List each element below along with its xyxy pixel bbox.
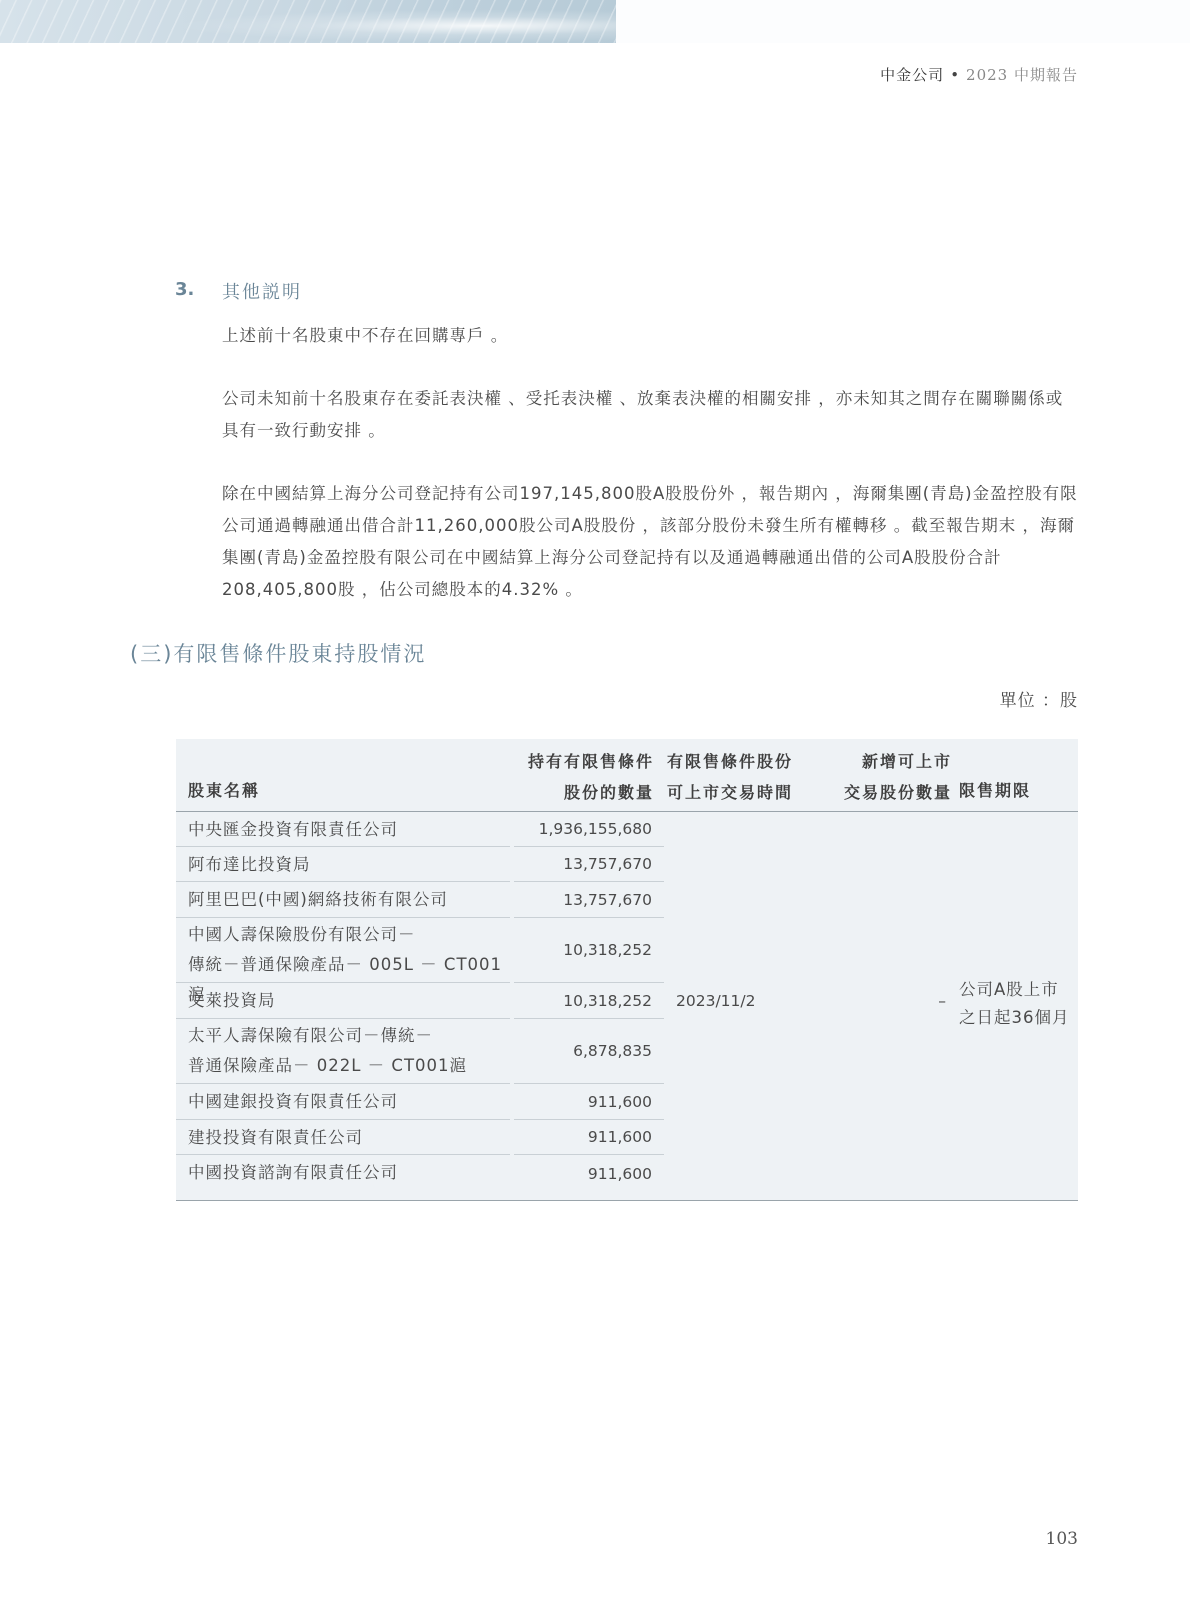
restricted-shareholders-table: 股東名稱 持有有限售條件 股份的數量 有限售條件股份 可上市交易時間 新增可上市… xyxy=(176,739,1078,1201)
shareholder-name: 建投投資有限責任公司 xyxy=(176,1120,510,1155)
restricted-quantity: 911,600 xyxy=(514,1155,664,1193)
company-name: 中金公司 xyxy=(880,66,944,84)
paragraph-voting-rights: 公司未知前十名股東存在委託表決權 、受托表決權 、放棄表決權的相關安排 ，亦未知… xyxy=(222,383,1078,447)
shareholder-name-line1: 中國人壽保險股份有限公司－ xyxy=(188,920,510,950)
shareholder-name: 中國建銀投資有限責任公司 xyxy=(176,1084,510,1120)
table-header: 股東名稱 持有有限售條件 股份的數量 有限售條件股份 可上市交易時間 新增可上市… xyxy=(176,739,1078,812)
restricted-quantity: 13,757,670 xyxy=(514,882,664,918)
table-row: 中國人壽保險股份有限公司－ 傳統－普通保險產品－ 005L － CT001滬 1… xyxy=(176,918,664,983)
running-header: 中金公司•2023 中期報告 xyxy=(880,64,1078,85)
header-tradable-date: 有限售條件股份 可上市交易時間 xyxy=(667,746,793,808)
subsection-title: (三)有限售條件股東持股情況 xyxy=(130,638,426,668)
table-row: 阿里巴巴(中國)網絡技術有限公司 13,757,670 xyxy=(176,882,664,918)
report-title: 2023 中期報告 xyxy=(966,66,1078,84)
separator-dot: • xyxy=(950,66,960,84)
table-row: 建投投資有限責任公司 911,600 xyxy=(176,1120,664,1155)
unit-label: 單位 ：股 xyxy=(1000,686,1078,711)
restricted-quantity: 1,936,155,680 xyxy=(514,812,664,847)
table-row: 文萊投資局 10,318,252 xyxy=(176,983,664,1019)
lockup-period-line2: 之日起36個月 xyxy=(959,1004,1074,1032)
section-title: 其他説明 xyxy=(222,278,302,304)
header-date-line1: 有限售條件股份 xyxy=(667,746,793,777)
restricted-quantity: 911,600 xyxy=(514,1084,664,1120)
lockup-period: 公司A股上市 之日起36個月 xyxy=(959,976,1074,1032)
table-row: 太平人壽保險有限公司－傳統－ 普通保險產品－ 022L － CT001滬 6,8… xyxy=(176,1019,664,1084)
header-new-line1: 新增可上市 xyxy=(826,746,952,777)
table-row: 中國投資諮詢有限責任公司 911,600 xyxy=(176,1155,664,1200)
new-tradable-qty: – xyxy=(926,992,946,1010)
header-qty-line2: 股份的數量 xyxy=(528,777,654,808)
restricted-quantity: 13,757,670 xyxy=(514,847,664,882)
paragraph-buyback: 上述前十名股東中不存在回購專戶 。 xyxy=(222,320,1078,352)
table-row: 阿布達比投資局 13,757,670 xyxy=(176,847,664,882)
page-number: 103 xyxy=(1046,1529,1078,1549)
shareholder-name: 文萊投資局 xyxy=(176,983,510,1019)
header-banner-image xyxy=(0,0,616,43)
shareholder-name: 中國投資諮詢有限責任公司 xyxy=(176,1155,510,1200)
header-restricted-quantity: 持有有限售條件 股份的數量 xyxy=(528,746,654,808)
shareholder-name: 太平人壽保險有限公司－傳統－ 普通保險產品－ 022L － CT001滬 xyxy=(176,1019,510,1084)
header-date-line2: 可上市交易時間 xyxy=(667,777,793,808)
table-row: 中央匯金投資有限責任公司 1,936,155,680 xyxy=(176,812,664,847)
shareholder-name: 中央匯金投資有限責任公司 xyxy=(176,812,510,847)
section-number: 3. xyxy=(175,279,194,300)
header-qty-line1: 持有有限售條件 xyxy=(528,746,654,777)
header-lockup-period: 限售期限 xyxy=(959,775,1031,806)
shareholder-name-line1: 太平人壽保險有限公司－傳統－ xyxy=(188,1021,510,1051)
restricted-quantity: 6,878,835 xyxy=(514,1019,664,1084)
paragraph-haier-holdings: 除在中國結算上海分公司登記持有公司197,145,800股A股股份外 ，報告期內… xyxy=(222,478,1078,606)
tradable-date: 2023/11/2 xyxy=(676,992,755,1010)
shareholder-name-line2: 普通保險產品－ 022L － CT001滬 xyxy=(188,1051,510,1081)
shareholder-name: 阿里巴巴(中國)網絡技術有限公司 xyxy=(176,882,510,918)
shareholder-name: 阿布達比投資局 xyxy=(176,847,510,882)
shareholder-name: 中國人壽保險股份有限公司－ 傳統－普通保險產品－ 005L － CT001滬 xyxy=(176,918,510,983)
table-row: 中國建銀投資有限責任公司 911,600 xyxy=(176,1084,664,1120)
restricted-quantity: 10,318,252 xyxy=(514,918,664,983)
header-new-line2: 交易股份數量 xyxy=(826,777,952,808)
restricted-quantity: 10,318,252 xyxy=(514,983,664,1019)
restricted-quantity: 911,600 xyxy=(514,1120,664,1155)
header-band xyxy=(616,0,1190,43)
lockup-period-line1: 公司A股上市 xyxy=(959,976,1074,1004)
header-new-tradable-qty: 新增可上市 交易股份數量 xyxy=(826,746,952,808)
header-shareholder-name: 股東名稱 xyxy=(188,775,260,806)
